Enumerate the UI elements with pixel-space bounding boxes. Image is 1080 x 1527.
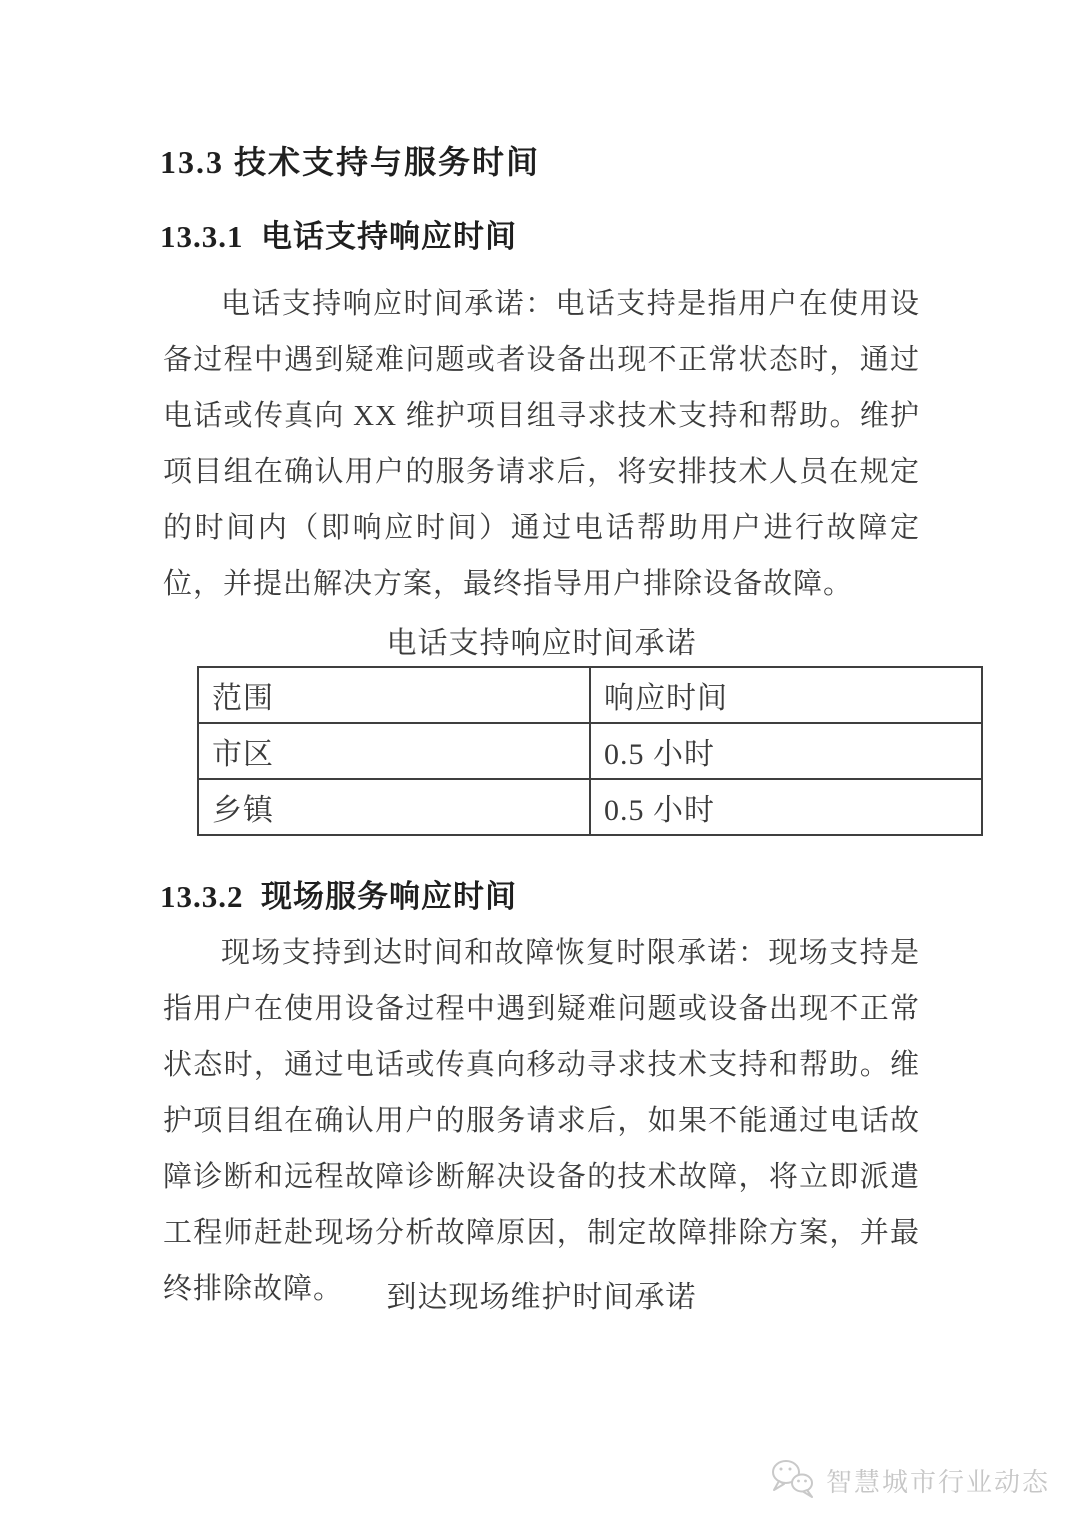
document-page: 13.3 技术支持与服务时间 13.3.1 电话支持响应时间 电话支持响应时间承… [0,0,1080,1527]
subsection-heading-13-3-2: 13.3.2 现场服务响应时间 [160,871,517,916]
wechat-chat-bubbles-icon [768,1458,816,1503]
table-caption-phone-response: 电话支持响应时间承诺 [163,618,920,662]
cell-scope-urban: 市区 [198,723,590,779]
subsection-heading-13-3-1: 13.3.1 电话支持响应时间 [160,211,517,256]
header-cell-response-time: 响应时间 [590,667,982,723]
cell-scope-township: 乡镇 [198,779,590,835]
table-header-row: 范围 响应时间 [198,667,982,723]
table-row: 乡镇 0.5 小时 [198,779,982,835]
section-heading-13-3: 13.3 技术支持与服务时间 [160,137,540,183]
watermark-text: 智慧城市行业动态 [826,1462,1050,1499]
cell-time-urban: 0.5 小时 [590,723,982,779]
table-row: 市区 0.5 小时 [198,723,982,779]
paragraph-onsite-service: 现场支持到达时间和故障恢复时限承诺：现场支持是指用户在使用设备过程中遇到疑难问题… [163,925,920,1317]
paragraph-phone-support: 电话支持响应时间承诺：电话支持是指用户在使用设备过程中遇到疑难问题或者设备出现不… [163,276,920,612]
phone-response-table: 范围 响应时间 市区 0.5 小时 乡镇 0.5 小时 [197,666,983,836]
watermark-footer: 智慧城市行业动态 [768,1458,1050,1503]
header-cell-scope: 范围 [198,667,590,723]
table-caption-onsite-arrival: 到达现场维护时间承诺 [163,1272,920,1316]
cell-time-township: 0.5 小时 [590,779,982,835]
